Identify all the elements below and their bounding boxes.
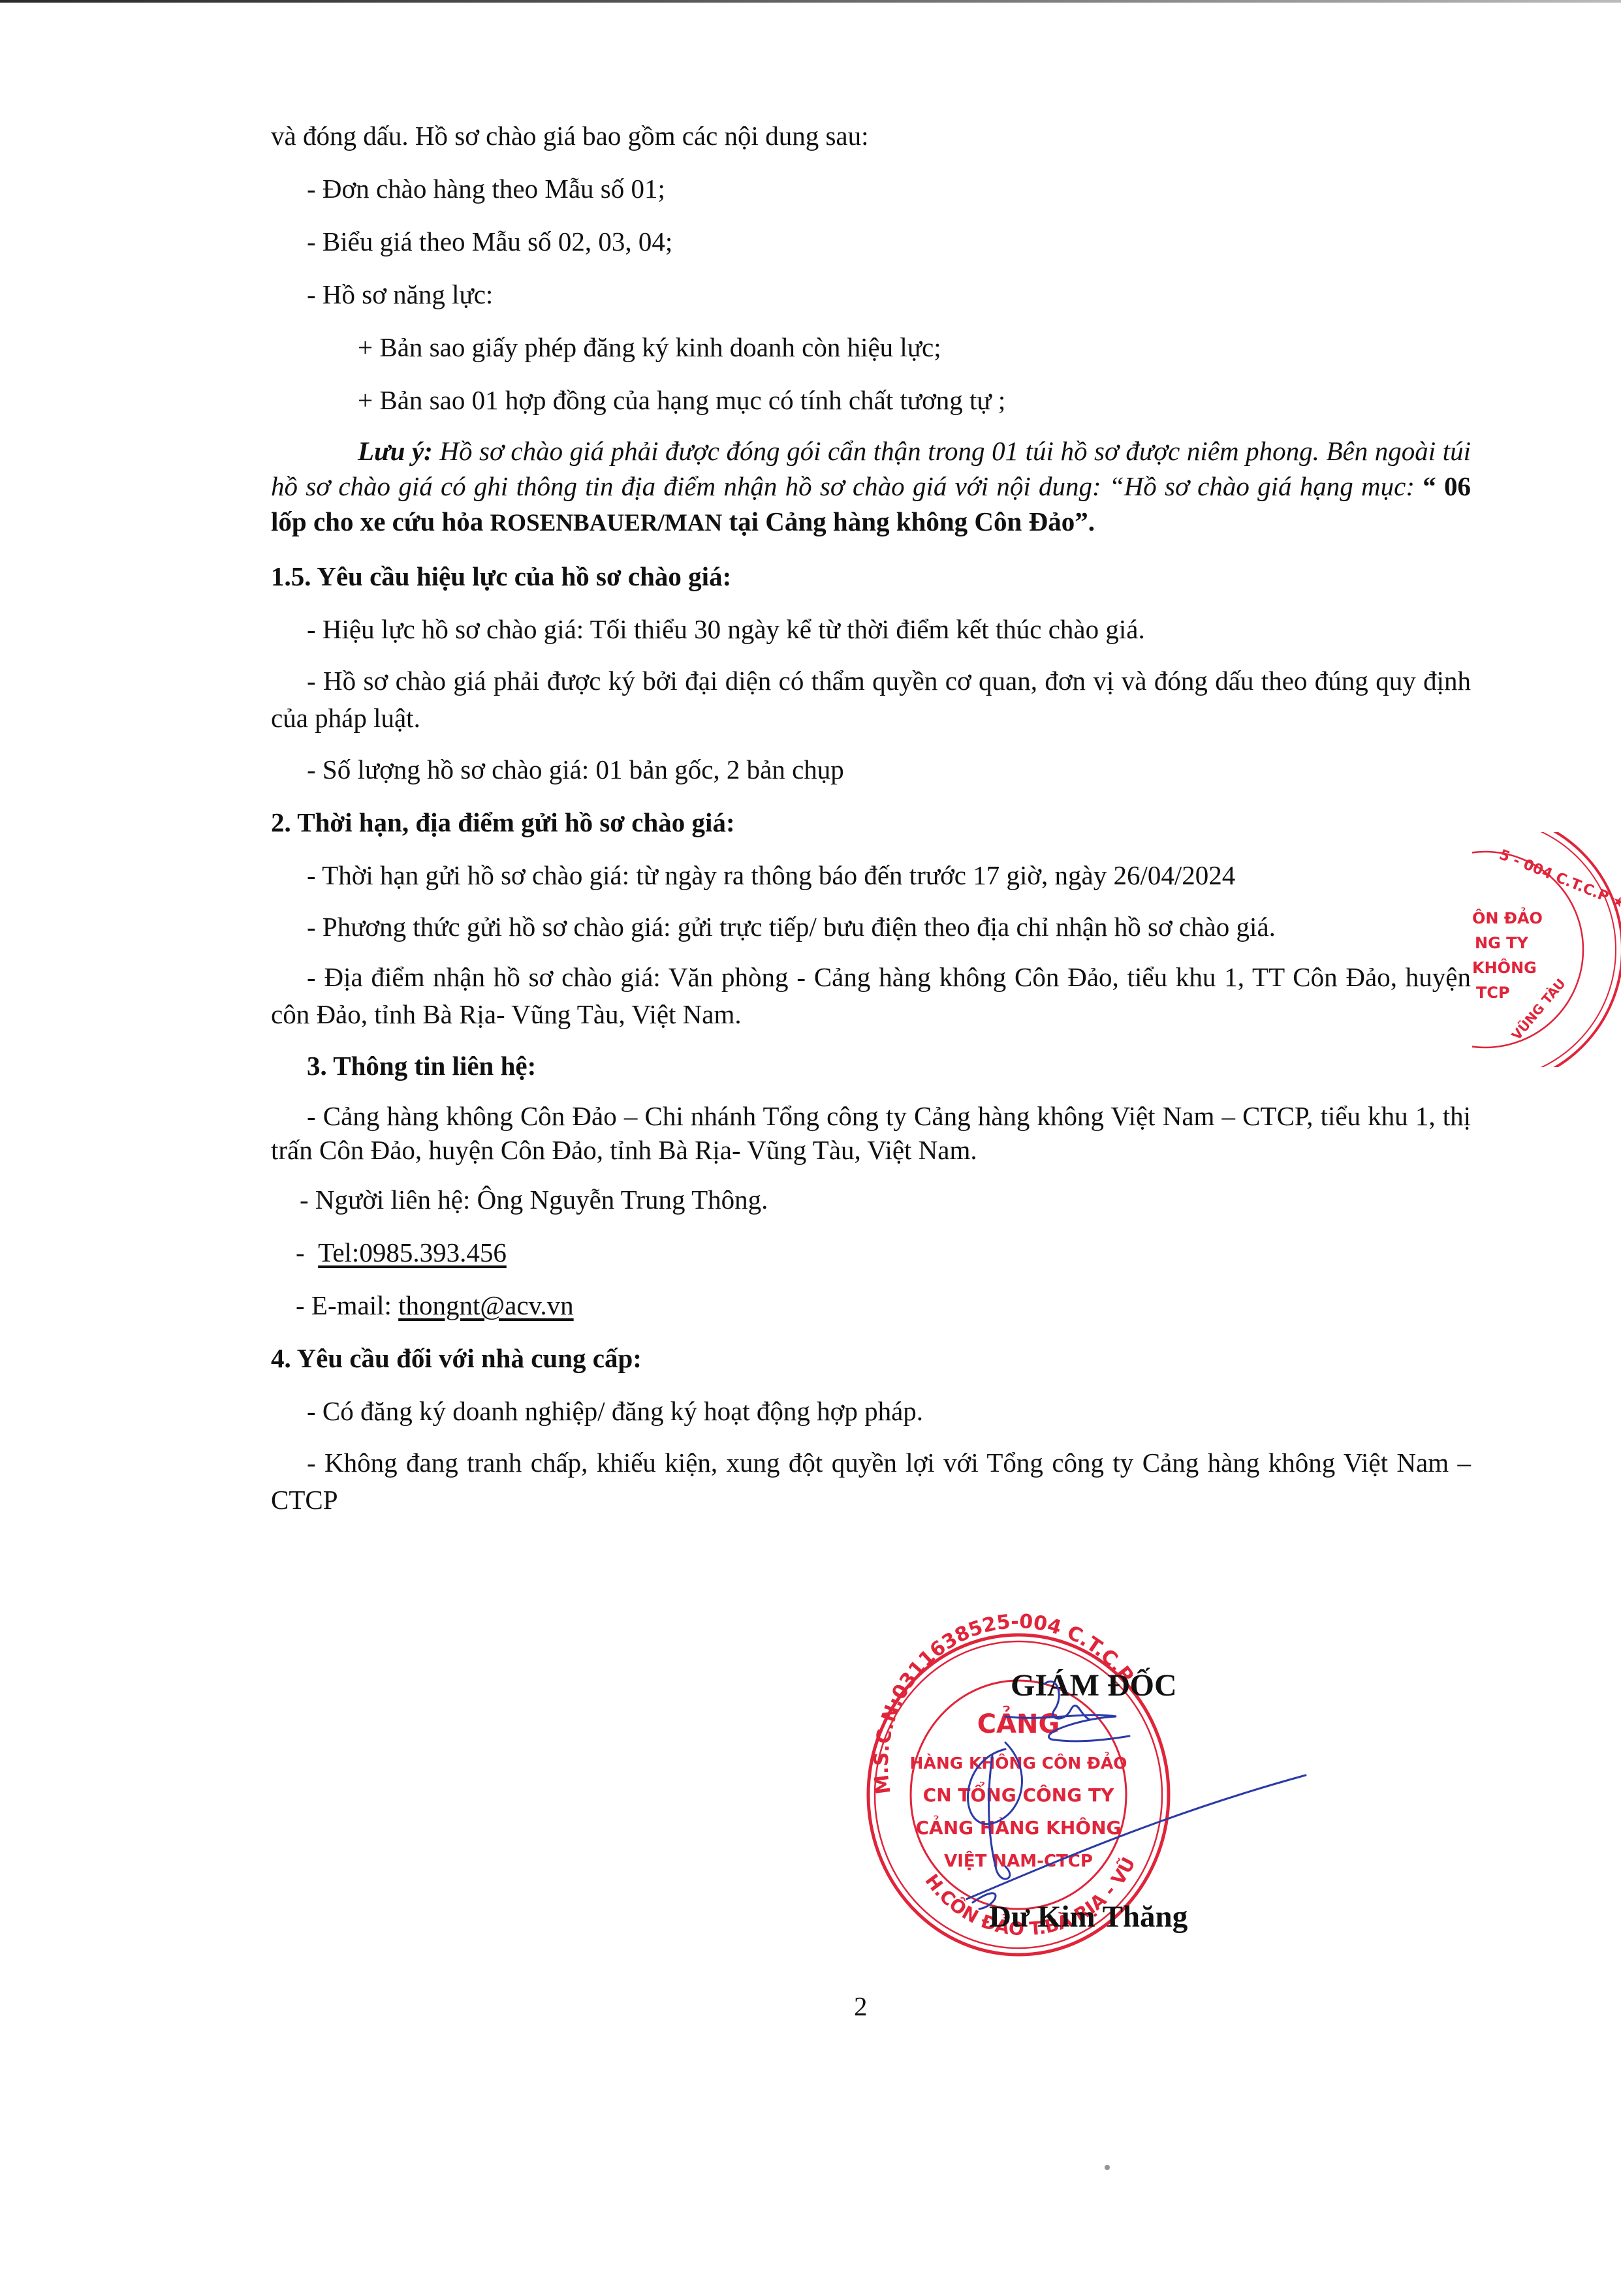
contact-address: - Cảng hàng không Côn Đảo – Chi nhánh Tổ… xyxy=(271,1099,1471,1167)
list-item: - Có đăng ký doanh nghiệp/ đăng ký hoạt … xyxy=(271,1391,1471,1431)
note-bold-suffix: tại Cảng hàng không Côn Đảo”. xyxy=(722,506,1095,536)
intro-line: và đóng dấu. Hồ sơ chào giá bao gồm các … xyxy=(271,116,1471,156)
scan-top-edge xyxy=(0,0,1621,3)
email-prefix: - E-mail: xyxy=(296,1290,398,1320)
contact-person: - Người liên hệ: Ông Nguyễn Trung Thông. xyxy=(271,1180,1471,1220)
document-body: và đóng dấu. Hồ sơ chào giá bao gồm các … xyxy=(271,116,1471,1532)
section-heading-2: 2. Thời hạn, địa điểm gửi hồ sơ chào giá… xyxy=(271,803,1471,843)
tel-link[interactable]: Tel:0985.393.456 xyxy=(318,1237,507,1267)
page-number: 2 xyxy=(854,1991,868,2022)
edge-seal-stamp: 5 - 004 C.T.C.P ★ ÔN ĐẢO NG TY KHÔNG TCP… xyxy=(1472,832,1621,1067)
note-brand: ROSENBAUER/MAN xyxy=(490,510,723,536)
list-item: - Biểu giá theo Mẫu số 02, 03, 04; xyxy=(271,222,1471,262)
signer-name: Dư Kim Thăng xyxy=(989,1899,1188,1934)
section-heading-3: 3. Thông tin liên hệ: xyxy=(271,1046,1471,1086)
svg-text:KHÔNG: KHÔNG xyxy=(1472,957,1537,977)
list-item: - Hồ sơ chào giá phải được ký bởi đại di… xyxy=(271,662,1471,737)
sub-list-item: + Bản sao 01 hợp đồng của hạng mục có tí… xyxy=(271,380,1471,420)
list-item: - Hiệu lực hồ sơ chào giá: Tối thiểu 30 … xyxy=(271,610,1471,649)
section-heading-4: 4. Yêu cầu đối với nhà cung cấp: xyxy=(271,1339,1471,1378)
svg-text:TCP: TCP xyxy=(1476,984,1510,1002)
svg-text:NG TY: NG TY xyxy=(1475,934,1529,952)
list-item: - Phương thức gửi hồ sơ chào giá: gửi tr… xyxy=(271,908,1471,946)
note-text: Hồ sơ chào giá phải được đóng gói cẩn th… xyxy=(271,436,1471,501)
contact-tel: - Tel:0985.393.456 xyxy=(271,1233,1471,1273)
list-item: - Thời hạn gửi hồ sơ chào giá: từ ngày r… xyxy=(271,856,1471,895)
list-item: - Số lượng hồ sơ chào giá: 01 bản gốc, 2… xyxy=(271,750,1471,790)
handwritten-signature xyxy=(966,1671,1332,1919)
section-heading-1-5: 1.5. Yêu cầu hiệu lực của hồ sơ chào giá… xyxy=(271,557,1471,597)
email-link[interactable]: thongnt@acv.vn xyxy=(398,1290,574,1320)
list-item: - Hồ sơ năng lực: xyxy=(271,275,1471,315)
svg-text:ÔN ĐẢO: ÔN ĐẢO xyxy=(1472,906,1543,927)
list-item: - Không đang tranh chấp, khiếu kiện, xun… xyxy=(271,1444,1471,1519)
svg-text:VŨNG TÀU: VŨNG TÀU xyxy=(1508,976,1568,1044)
scan-speck xyxy=(1105,2165,1110,2170)
note-label: Lưu ý: xyxy=(358,436,433,466)
sub-list-item: + Bản sao giấy phép đăng ký kinh doanh c… xyxy=(271,328,1471,367)
list-item: - Đơn chào hàng theo Mẫu số 01; xyxy=(271,169,1471,209)
list-item: - Địa điểm nhận hồ sơ chào giá: Văn phòn… xyxy=(271,959,1471,1033)
tel-prefix: - xyxy=(296,1237,311,1267)
contact-email: - E-mail: thongnt@acv.vn xyxy=(271,1286,1471,1326)
note-paragraph: Lưu ý: Hồ sơ chào giá phải được đóng gói… xyxy=(271,433,1471,541)
